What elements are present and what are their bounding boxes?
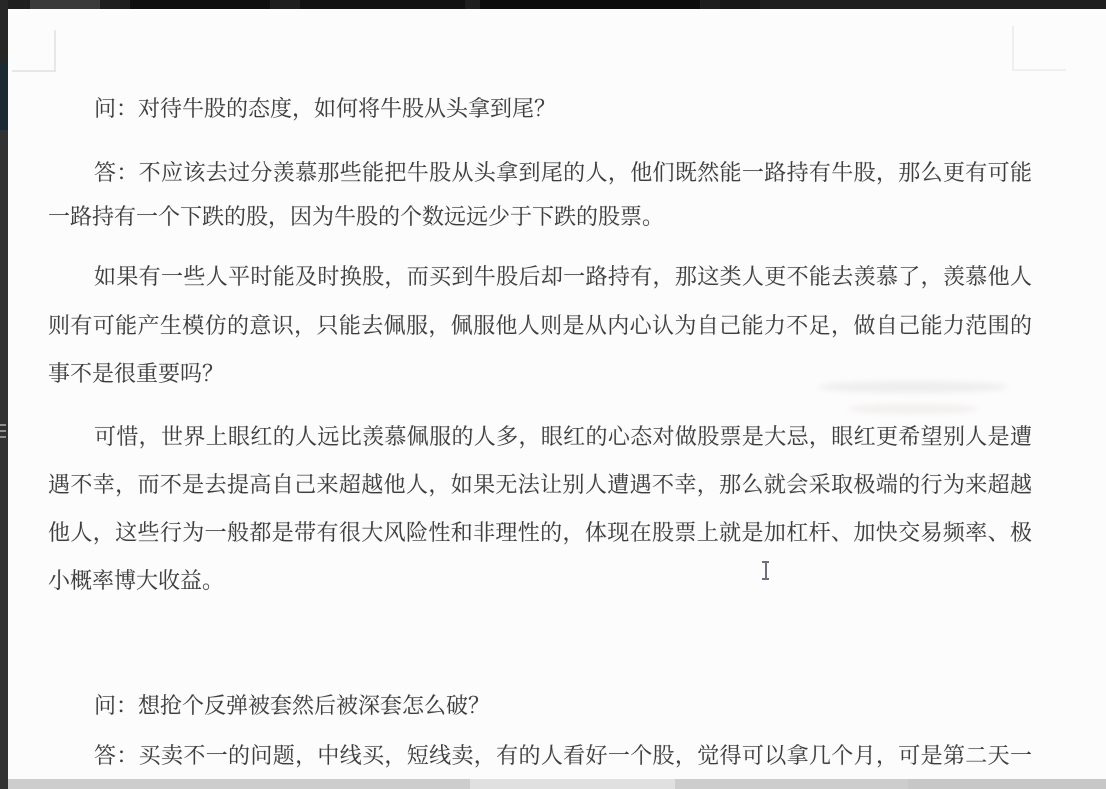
page-artifact	[848, 404, 978, 414]
margin-crop-mark-right	[1012, 26, 1014, 71]
bottom-bar-segment	[470, 779, 675, 789]
document-line[interactable]: 小概率博大收益。	[48, 566, 1032, 596]
document-line[interactable]: 一路持有一个下跌的股，因为牛股的个数远远少于下跌的股票。	[48, 202, 1032, 232]
document-page[interactable]: 问：对待牛股的态度，如何将牛股从头拿到尾？答：不应该去过分羡慕那些能把牛股从头拿…	[8, 9, 1106, 779]
left-chrome-bar	[0, 0, 8, 789]
top-bar-artifact	[720, 0, 760, 9]
document-line[interactable]: 遇不幸，而不是去提高自己来超越他人，如果无法让别人遭遇不幸，那么就会采取极端的行…	[48, 470, 1032, 500]
document-line[interactable]: 答：买卖不一的问题，中线买，短线卖，有的人看好一个股，觉得可以拿几个月，可是第二…	[48, 741, 1032, 771]
top-chrome-bar	[0, 0, 1106, 9]
top-bar-artifact	[30, 0, 100, 9]
left-bar-mark	[0, 436, 6, 438]
document-line[interactable]: 问：想抢个反弹被套然后被深套怎么破？	[48, 691, 1032, 721]
document-line[interactable]: 则有可能产生模仿的意识，只能去佩服，佩服他人则是从内心认为自己能力不足，做自己能…	[48, 311, 1032, 341]
document-line[interactable]: 他人，这些行为一般都是带有很大风险性和非理性的，体现在股票上就是加杠杆、加快交易…	[48, 518, 1032, 548]
top-bar-artifact	[130, 0, 270, 9]
bottom-chrome-bar	[8, 779, 1106, 789]
screen: 问：对待牛股的态度，如何将牛股从头拿到尾？答：不应该去过分羡慕那些能把牛股从头拿…	[0, 0, 1106, 789]
left-bar-mark	[0, 430, 6, 432]
bottom-bar-segment	[908, 779, 1106, 789]
ibeam-cursor-icon	[761, 561, 770, 580]
document-line[interactable]: 答：不应该去过分羡慕那些能把牛股从头拿到尾的人，他们既然能一路持有牛股，那么更有…	[48, 158, 1032, 188]
document-line[interactable]: 问：对待牛股的态度，如何将牛股从头拿到尾？	[48, 94, 1032, 124]
top-bar-artifact	[300, 0, 465, 9]
left-bar-segment	[0, 0, 8, 62]
margin-crop-mark-left	[12, 70, 56, 72]
document-line[interactable]: 事不是很重要吗？	[48, 359, 1032, 389]
margin-crop-mark-right	[1012, 69, 1066, 71]
left-bar-accent-segment	[0, 62, 8, 130]
document-line[interactable]: 如果有一些人平时能及时换股，而买到牛股后却一路持有，那这类人更不能去羡慕了，羡慕…	[48, 262, 1032, 292]
document-line[interactable]: 可惜，世界上眼红的人远比羡慕佩服的人多，眼红的心态对做股票是大忌，眼红更希望别人…	[48, 422, 1032, 452]
margin-crop-mark-left	[54, 30, 56, 72]
left-bar-mark	[0, 424, 6, 426]
top-bar-artifact	[480, 0, 700, 9]
